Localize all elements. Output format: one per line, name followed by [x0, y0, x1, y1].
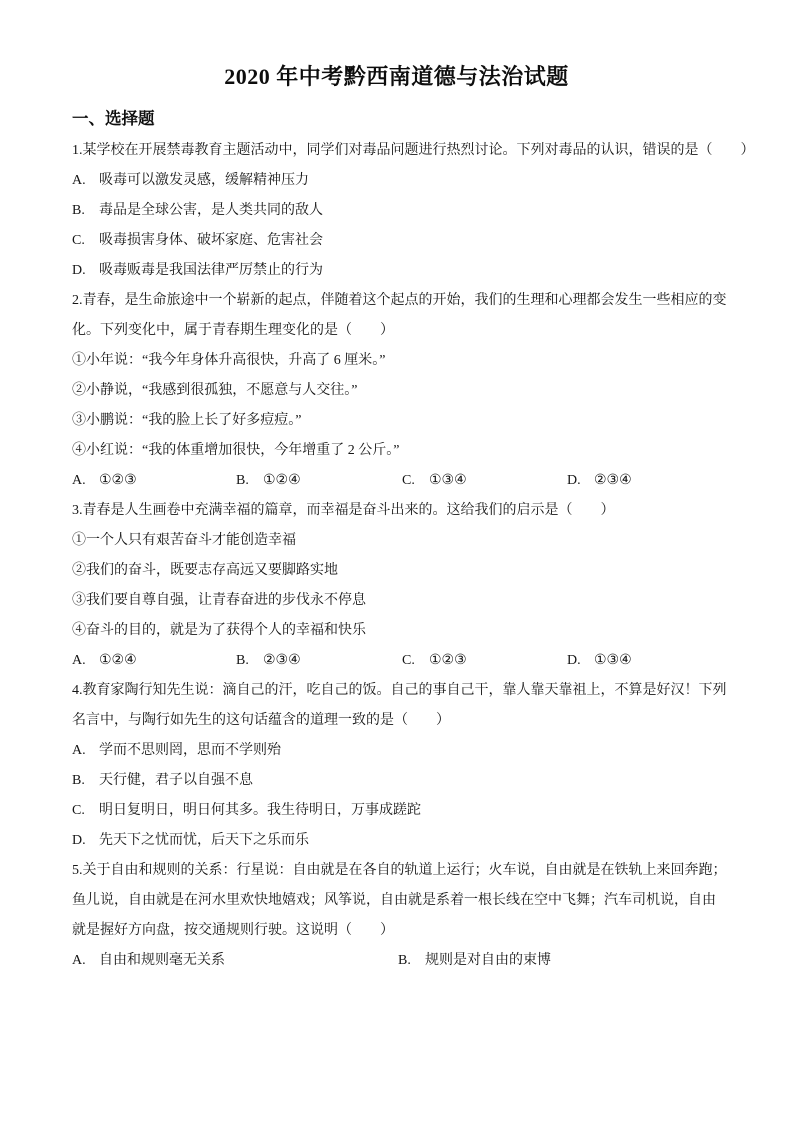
option-text: 毒品是全球公害，是人类共同的敌人	[99, 203, 323, 218]
option-letter: A.	[72, 466, 99, 496]
option-row: D.吸毒贩毒是我国法律严厉禁止的行为	[72, 256, 732, 286]
section-heading: 一、选择题	[72, 104, 732, 134]
option-row: A.吸毒可以激发灵感，缓解精神压力	[72, 166, 732, 196]
question-subitem: ④奋斗的目的，就是为了获得个人的幸福和快乐	[72, 616, 732, 646]
option-letter: A.	[72, 166, 99, 196]
option-text: 规则是对自由的束博	[425, 953, 551, 968]
option-letter: B.	[398, 946, 425, 976]
option-letter: D.	[567, 646, 594, 676]
question-stem-line: 3.青春是人生画卷中充满幸福的篇章，而幸福是奋斗出来的。这给我们的启示是（ ）	[72, 496, 732, 526]
option-row: B.毒品是全球公害，是人类共同的敌人	[72, 196, 732, 226]
document-title: 2020 年中考黔西南道德与法治试题	[0, 0, 793, 92]
question-block-1: 1.某学校在开展禁毒教育主题活动中，同学们对毒品问题进行热烈讨论。下列对毒品的认…	[72, 136, 732, 286]
option-item: A.自由和规则毫无关系	[72, 946, 398, 976]
option-row: C.明日复明日，明日何其多。我生待明日，万事成蹉跎	[72, 796, 732, 826]
option-item: B.②③④	[236, 646, 402, 676]
question-subitem: ③小鹏说：“我的脸上长了好多痘痘。”	[72, 406, 732, 436]
option-row: B.天行健，君子以自强不息	[72, 766, 732, 796]
option-letter: B.	[72, 196, 99, 226]
option-letter: B.	[72, 766, 99, 796]
question-block-2: 2.青春，是生命旅途中一个崭新的起点，伴随着这个起点的开始，我们的生理和心理都会…	[72, 286, 732, 496]
question-stem-line: 1.某学校在开展禁毒教育主题活动中，同学们对毒品问题进行热烈讨论。下列对毒品的认…	[72, 136, 732, 166]
option-text: 吸毒损害身体、破坏家庭、危害社会	[99, 233, 323, 248]
question-list: 1.某学校在开展禁毒教育主题活动中，同学们对毒品问题进行热烈讨论。下列对毒品的认…	[72, 136, 732, 976]
option-letter: C.	[402, 466, 429, 496]
option-letter: B.	[236, 466, 263, 496]
option-text: 先天下之忧而忧，后天下之乐而乐	[99, 833, 309, 848]
option-item: D.②③④	[567, 466, 632, 496]
option-letter: C.	[402, 646, 429, 676]
question-stem-line: 鱼儿说，自由就是在河水里欢快地嬉戏；风筝说，自由就是系着一根长线在空中飞舞；汽车…	[72, 886, 732, 916]
options-row: A.①②④ B.②③④ C.①②③ D.①③④	[72, 646, 732, 676]
question-subitem: ②我们的奋斗，既要志存高远又要脚路实地	[72, 556, 732, 586]
option-text: 学而不思则罔，思而不学则殆	[99, 743, 281, 758]
option-letter: C.	[72, 226, 99, 256]
option-letter: A.	[72, 736, 99, 766]
question-stem-line: 化。下列变化中，属于青春期生理变化的是（ ）	[72, 316, 732, 346]
option-letter: D.	[72, 256, 99, 286]
option-text: ②③④	[263, 653, 301, 668]
option-item: B.①②④	[236, 466, 402, 496]
option-row: D.先天下之忧而忧，后天下之乐而乐	[72, 826, 732, 856]
option-letter: C.	[72, 796, 99, 826]
question-block-3: 3.青春是人生画卷中充满幸福的篇章，而幸福是奋斗出来的。这给我们的启示是（ ） …	[72, 496, 732, 676]
option-letter: B.	[236, 646, 263, 676]
option-item: A.①②④	[72, 646, 236, 676]
question-stem-line: 4.教育家陶行知先生说：滴自己的汗，吃自己的饭。自己的事自己干，靠人靠天靠祖上，…	[72, 676, 732, 706]
question-stem-line: 名言中，与陶行如先生的这句话蕴含的道理一致的是（ ）	[72, 706, 732, 736]
option-text: 吸毒贩毒是我国法律严厉禁止的行为	[99, 263, 323, 278]
option-text: ①②③	[429, 653, 467, 668]
question-subitem: ③我们要自尊自强，让青春奋进的步伐永不停息	[72, 586, 732, 616]
option-text: ②③④	[594, 473, 632, 488]
option-letter: D.	[72, 826, 99, 856]
option-item: D.①③④	[567, 646, 632, 676]
option-letter: A.	[72, 946, 99, 976]
option-item: C.①③④	[402, 466, 567, 496]
question-stem-line: 就是握好方向盘，按交通规则行驶。这说明（ ）	[72, 916, 732, 946]
option-text: ①②④	[99, 653, 137, 668]
question-block-4: 4.教育家陶行知先生说：滴自己的汗，吃自己的饭。自己的事自己干，靠人靠天靠祖上，…	[72, 676, 732, 856]
option-text: 天行健，君子以自强不息	[99, 773, 253, 788]
question-subitem: ①一个人只有艰苦奋斗才能创造幸福	[72, 526, 732, 556]
exam-document-page: 2020 年中考黔西南道德与法治试题 一、选择题 1.某学校在开展禁毒教育主题活…	[0, 0, 793, 1122]
document-body: 一、选择题 1.某学校在开展禁毒教育主题活动中，同学们对毒品问题进行热烈讨论。下…	[72, 104, 732, 976]
option-text: 明日复明日，明日何其多。我生待明日，万事成蹉跎	[99, 803, 421, 818]
option-row: A.学而不思则罔，思而不学则殆	[72, 736, 732, 766]
option-row: C.吸毒损害身体、破坏家庭、危害社会	[72, 226, 732, 256]
option-text: ①③④	[594, 653, 632, 668]
option-text: 自由和规则毫无关系	[99, 953, 225, 968]
options-row: A.自由和规则毫无关系 B.规则是对自由的束博	[72, 946, 732, 976]
option-item: B.规则是对自由的束博	[398, 946, 551, 976]
option-text: 吸毒可以激发灵感，缓解精神压力	[99, 173, 309, 188]
question-subitem: ④小红说：“我的体重增加很快，今年增重了 2 公斤。”	[72, 436, 732, 466]
options-row: A.①②③ B.①②④ C.①③④ D.②③④	[72, 466, 732, 496]
option-letter: D.	[567, 466, 594, 496]
question-subitem: ①小年说：“我今年身体升高很快，升高了 6 厘米。”	[72, 346, 732, 376]
question-stem-line: 5.关于自由和规则的关系：行星说：自由就是在各自的轨道上运行；火车说，自由就是在…	[72, 856, 732, 886]
option-text: ①②③	[99, 473, 137, 488]
question-block-5: 5.关于自由和规则的关系：行星说：自由就是在各自的轨道上运行；火车说，自由就是在…	[72, 856, 732, 976]
option-item: C.①②③	[402, 646, 567, 676]
option-item: A.①②③	[72, 466, 236, 496]
option-text: ①③④	[429, 473, 467, 488]
question-stem-line: 2.青春，是生命旅途中一个崭新的起点，伴随着这个起点的开始，我们的生理和心理都会…	[72, 286, 732, 316]
option-text: ①②④	[263, 473, 301, 488]
option-letter: A.	[72, 646, 99, 676]
question-subitem: ②小静说，“我感到很孤独，不愿意与人交往。”	[72, 376, 732, 406]
